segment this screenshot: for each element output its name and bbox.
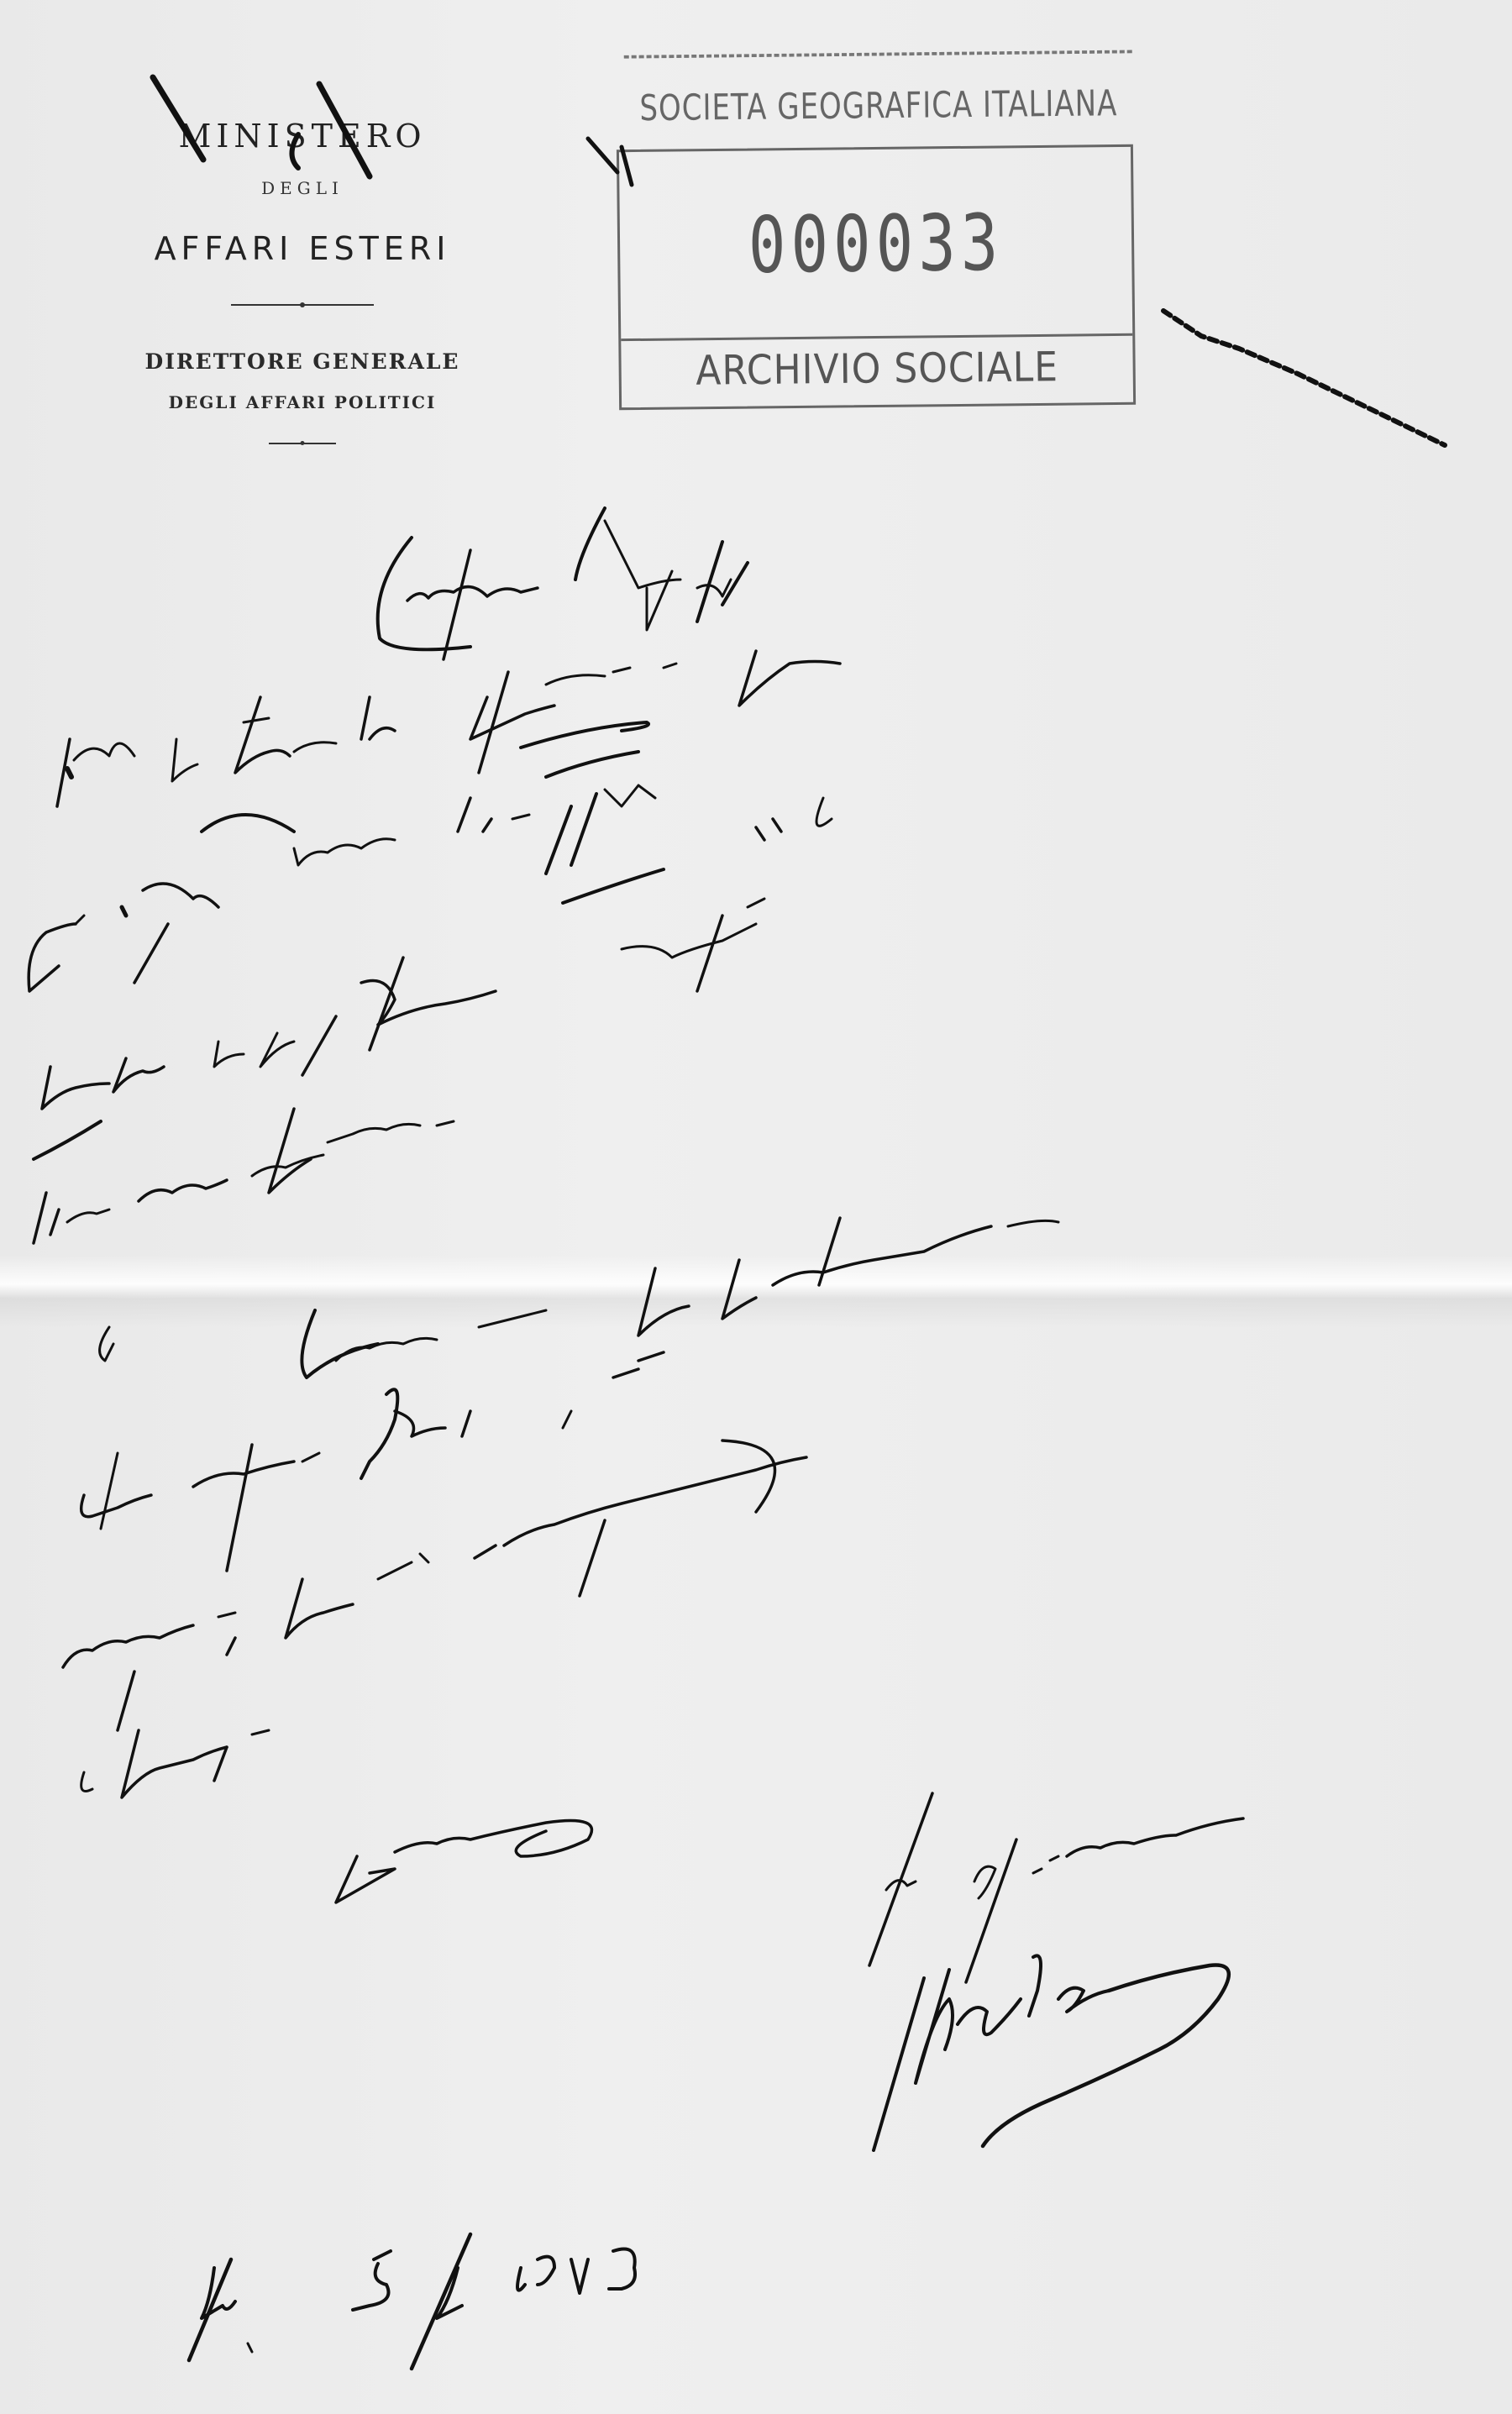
letterhead-direttore-generale: DIRETTORE GENERALE [84,349,521,374]
letterhead-ministero: MINISTERO [84,118,521,155]
letterhead-affari-esteri: AFFARI ESTERI [84,230,521,267]
archive-stamp: SOCIETA GEOGRAFICA ITALIANA 000033 ARCHI… [616,60,1136,410]
letterhead: MINISTERO DEGLI AFFARI ESTERI DIRETTORE … [84,109,521,444]
stamp-divider [621,333,1132,341]
letterhead-ornament-rule [231,304,374,306]
letterhead-ornament-rule-small [269,443,336,444]
stamp-society-name: SOCIETA GEOGRAFICA ITALIANA [624,50,1133,159]
letterhead-degli: DEGLI [84,178,521,198]
stamp-number: 000033 [620,197,1132,292]
letterhead-affari-politici: DEGLI AFFARI POLITICI [84,392,521,412]
stamp-box: 000033 ARCHIVIO SOCIALE [617,144,1136,410]
stamp-archive-label: ARCHIVIO SOCIALE [621,343,1133,395]
